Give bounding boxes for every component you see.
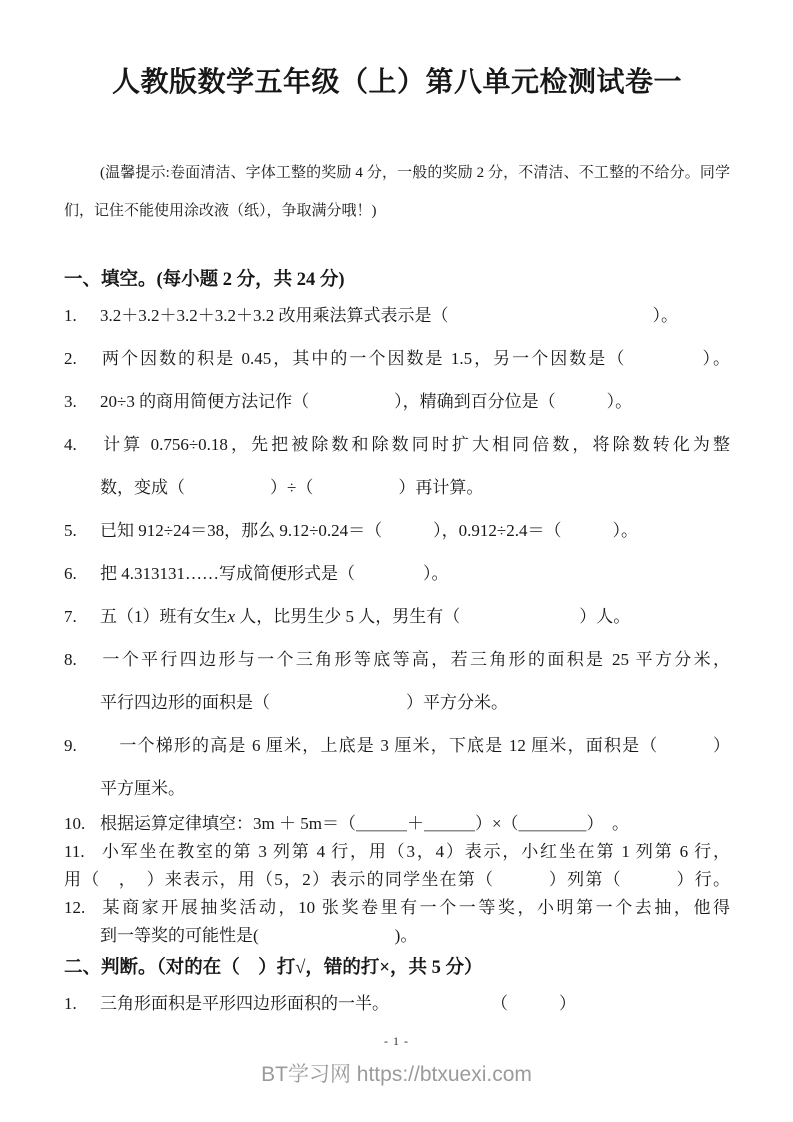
question-text: 小军坐在教室的第 3 列第 4 行，用（3，4）表示，小红坐在第 1 列第 6 … bbox=[100, 842, 730, 861]
question-line: 平行四边形的面积是（ ）平方分米。 bbox=[64, 681, 730, 724]
question-item: 8.一个平行四边形与一个三角形等底等高，若三角形的面积是 25 平方分米，平行四… bbox=[64, 638, 730, 724]
exam-hint: (温馨提示:卷面清洁、字体工整的奖励 4 分，一般的奖励 2 分，不清洁、不工整… bbox=[64, 154, 730, 230]
question-line: 1.三角形面积是平形四边形面积的一半。 （ ） bbox=[64, 982, 730, 1025]
question-number: 12. bbox=[64, 894, 100, 922]
question-item: 1.3.2＋3.2＋3.2＋3.2＋3.2 改用乘法算式表示是（ ）。 bbox=[64, 294, 730, 337]
question-text: 数，变成（ ）÷（ ）再计算。 bbox=[100, 478, 483, 497]
exam-hint-line: (温馨提示:卷面清洁、字体工整的奖励 4 分，一般的奖励 2 分，不清洁、不工整… bbox=[64, 154, 730, 192]
question-text: 人，比男生少 5 人，男生有（ ）人。 bbox=[235, 607, 630, 626]
question-number: 11. bbox=[64, 838, 100, 866]
question-text: 三角形面积是平形四边形面积的一半。 （ ） bbox=[100, 994, 576, 1013]
question-text: 计算 0.756÷0.18，先把被除数和除数同时扩大相同倍数，将除数转化为整 bbox=[100, 435, 730, 454]
question-item: 6.把 4.313131……写成简便形式是（ ）。 bbox=[64, 552, 730, 595]
question-number: 1. bbox=[64, 982, 100, 1025]
question-sections: 一、填空。(每小题 2 分，共 24 分)1.3.2＋3.2＋3.2＋3.2＋3… bbox=[64, 266, 730, 1025]
question-text: 根据运算定律填空：3m ＋ 5m＝（＿＿＿＋＿＿＿）×（＿＿＿＿） 。 bbox=[100, 814, 629, 833]
question-text: 两个因数的积是 0.45，其中的一个因数是 1.5，另一个因数是（ ）。 bbox=[100, 349, 730, 368]
question-number: 5. bbox=[64, 509, 100, 552]
question-line: 到一等奖的可能性是( )。 bbox=[64, 922, 730, 950]
question-line: 12.某商家开展抽奖活动，10 张奖卷里有一个一等奖，小明第一个去抽，他得 bbox=[64, 894, 730, 922]
question-line: 用（ ， ）来表示，用（5，2）表示的同学坐在第（ ）列第（ ）行。 bbox=[64, 866, 730, 894]
question-number: 2. bbox=[64, 337, 100, 380]
question-text: 一个平行四边形与一个三角形等底等高，若三角形的面积是 25 平方分米， bbox=[100, 650, 730, 669]
question-text: 到一等奖的可能性是( )。 bbox=[100, 926, 417, 945]
question-line: 5.已知 912÷24＝38，那么 9.12÷0.24＝（ ），0.912÷2.… bbox=[64, 509, 730, 552]
question-text: 五（1）班有女生 bbox=[100, 607, 228, 626]
question-line: 6.把 4.313131……写成简便形式是（ ）。 bbox=[64, 552, 730, 595]
question-number: 7. bbox=[64, 595, 100, 638]
question-item: 5.已知 912÷24＝38，那么 9.12÷0.24＝（ ），0.912÷2.… bbox=[64, 509, 730, 552]
question-text: x bbox=[228, 607, 236, 626]
question-number: 1. bbox=[64, 294, 100, 337]
question-number: 3. bbox=[64, 380, 100, 423]
document-page: 人教版数学五年级（上）第八单元检测试卷一 (温馨提示:卷面清洁、字体工整的奖励 … bbox=[0, 0, 793, 1122]
question-text: 某商家开展抽奖活动，10 张奖卷里有一个一等奖，小明第一个去抽，他得 bbox=[100, 898, 730, 917]
question-text: 一个梯形的高是 6 厘米，上底是 3 厘米，下底是 12 厘米，面积是（ ） bbox=[100, 736, 730, 755]
exam-hint-line: 们，记住不能使用涂改液（纸），争取满分哦！) bbox=[64, 192, 730, 230]
question-number: 10. bbox=[64, 810, 100, 838]
question-item: 10.根据运算定律填空：3m ＋ 5m＝（＿＿＿＋＿＿＿）×（＿＿＿＿） 。 bbox=[64, 810, 730, 838]
question-item: 2.两个因数的积是 0.45，其中的一个因数是 1.5，另一个因数是（ ）。 bbox=[64, 337, 730, 380]
question-text: 20÷3 的商用简便方法记作（ ），精确到百分位是（ ）。 bbox=[100, 392, 632, 411]
question-line: 4.计算 0.756÷0.18，先把被除数和除数同时扩大相同倍数，将除数转化为整 bbox=[64, 423, 730, 466]
section-heading: 二、判断。（对的在（ ）打√，错的打×，共 5 分） bbox=[64, 954, 730, 982]
section-heading: 一、填空。(每小题 2 分，共 24 分) bbox=[64, 266, 730, 294]
question-line: 7.五（1）班有女生x 人，比男生少 5 人，男生有（ ）人。 bbox=[64, 595, 730, 638]
question-item: 9. 一个梯形的高是 6 厘米，上底是 3 厘米，下底是 12 厘米，面积是（ … bbox=[64, 724, 730, 810]
question-item: 11.小军坐在教室的第 3 列第 4 行，用（3，4）表示，小红坐在第 1 列第… bbox=[64, 838, 730, 894]
question-number: 6. bbox=[64, 552, 100, 595]
question-line: 11.小军坐在教室的第 3 列第 4 行，用（3，4）表示，小红坐在第 1 列第… bbox=[64, 838, 730, 866]
section: 二、判断。（对的在（ ）打√，错的打×，共 5 分）1.三角形面积是平形四边形面… bbox=[64, 954, 730, 1025]
question-text: 把 4.313131……写成简便形式是（ ）。 bbox=[100, 564, 449, 583]
question-line: 3.20÷3 的商用简便方法记作（ ），精确到百分位是（ ）。 bbox=[64, 380, 730, 423]
question-text: 平方厘米。 bbox=[100, 779, 185, 798]
question-line: 1.3.2＋3.2＋3.2＋3.2＋3.2 改用乘法算式表示是（ ）。 bbox=[64, 294, 730, 337]
question-number: 8. bbox=[64, 638, 100, 681]
question-item: 12.某商家开展抽奖活动，10 张奖卷里有一个一等奖，小明第一个去抽，他得到一等… bbox=[64, 894, 730, 950]
question-item: 3.20÷3 的商用简便方法记作（ ），精确到百分位是（ ）。 bbox=[64, 380, 730, 423]
question-item: 1.三角形面积是平形四边形面积的一半。 （ ） bbox=[64, 982, 730, 1025]
question-item: 4.计算 0.756÷0.18，先把被除数和除数同时扩大相同倍数，将除数转化为整… bbox=[64, 423, 730, 509]
question-line: 8.一个平行四边形与一个三角形等底等高，若三角形的面积是 25 平方分米， bbox=[64, 638, 730, 681]
section: 一、填空。(每小题 2 分，共 24 分)1.3.2＋3.2＋3.2＋3.2＋3… bbox=[64, 266, 730, 950]
question-line: 2.两个因数的积是 0.45，其中的一个因数是 1.5，另一个因数是（ ）。 bbox=[64, 337, 730, 380]
question-line: 9. 一个梯形的高是 6 厘米，上底是 3 厘米，下底是 12 厘米，面积是（ … bbox=[64, 724, 730, 767]
site-watermark: BT学习网 https://btxuexi.com bbox=[0, 1058, 793, 1088]
question-item: 7.五（1）班有女生x 人，比男生少 5 人，男生有（ ）人。 bbox=[64, 595, 730, 638]
page-title: 人教版数学五年级（上）第八单元检测试卷一 bbox=[64, 62, 730, 104]
question-text: 3.2＋3.2＋3.2＋3.2＋3.2 改用乘法算式表示是（ ）。 bbox=[100, 306, 678, 325]
page-number: - 1 - bbox=[0, 1034, 793, 1049]
question-line: 数，变成（ ）÷（ ）再计算。 bbox=[64, 466, 730, 509]
question-line: 10.根据运算定律填空：3m ＋ 5m＝（＿＿＿＋＿＿＿）×（＿＿＿＿） 。 bbox=[64, 810, 730, 838]
question-text: 用（ ， ）来表示，用（5，2）表示的同学坐在第（ ）列第（ ）行。 bbox=[64, 870, 730, 889]
question-number: 9. bbox=[64, 724, 100, 767]
question-text: 平行四边形的面积是（ ）平方分米。 bbox=[100, 693, 508, 712]
question-number: 4. bbox=[64, 423, 100, 466]
question-line: 平方厘米。 bbox=[64, 767, 730, 810]
question-text: 已知 912÷24＝38，那么 9.12÷0.24＝（ ），0.912÷2.4＝… bbox=[100, 521, 638, 540]
